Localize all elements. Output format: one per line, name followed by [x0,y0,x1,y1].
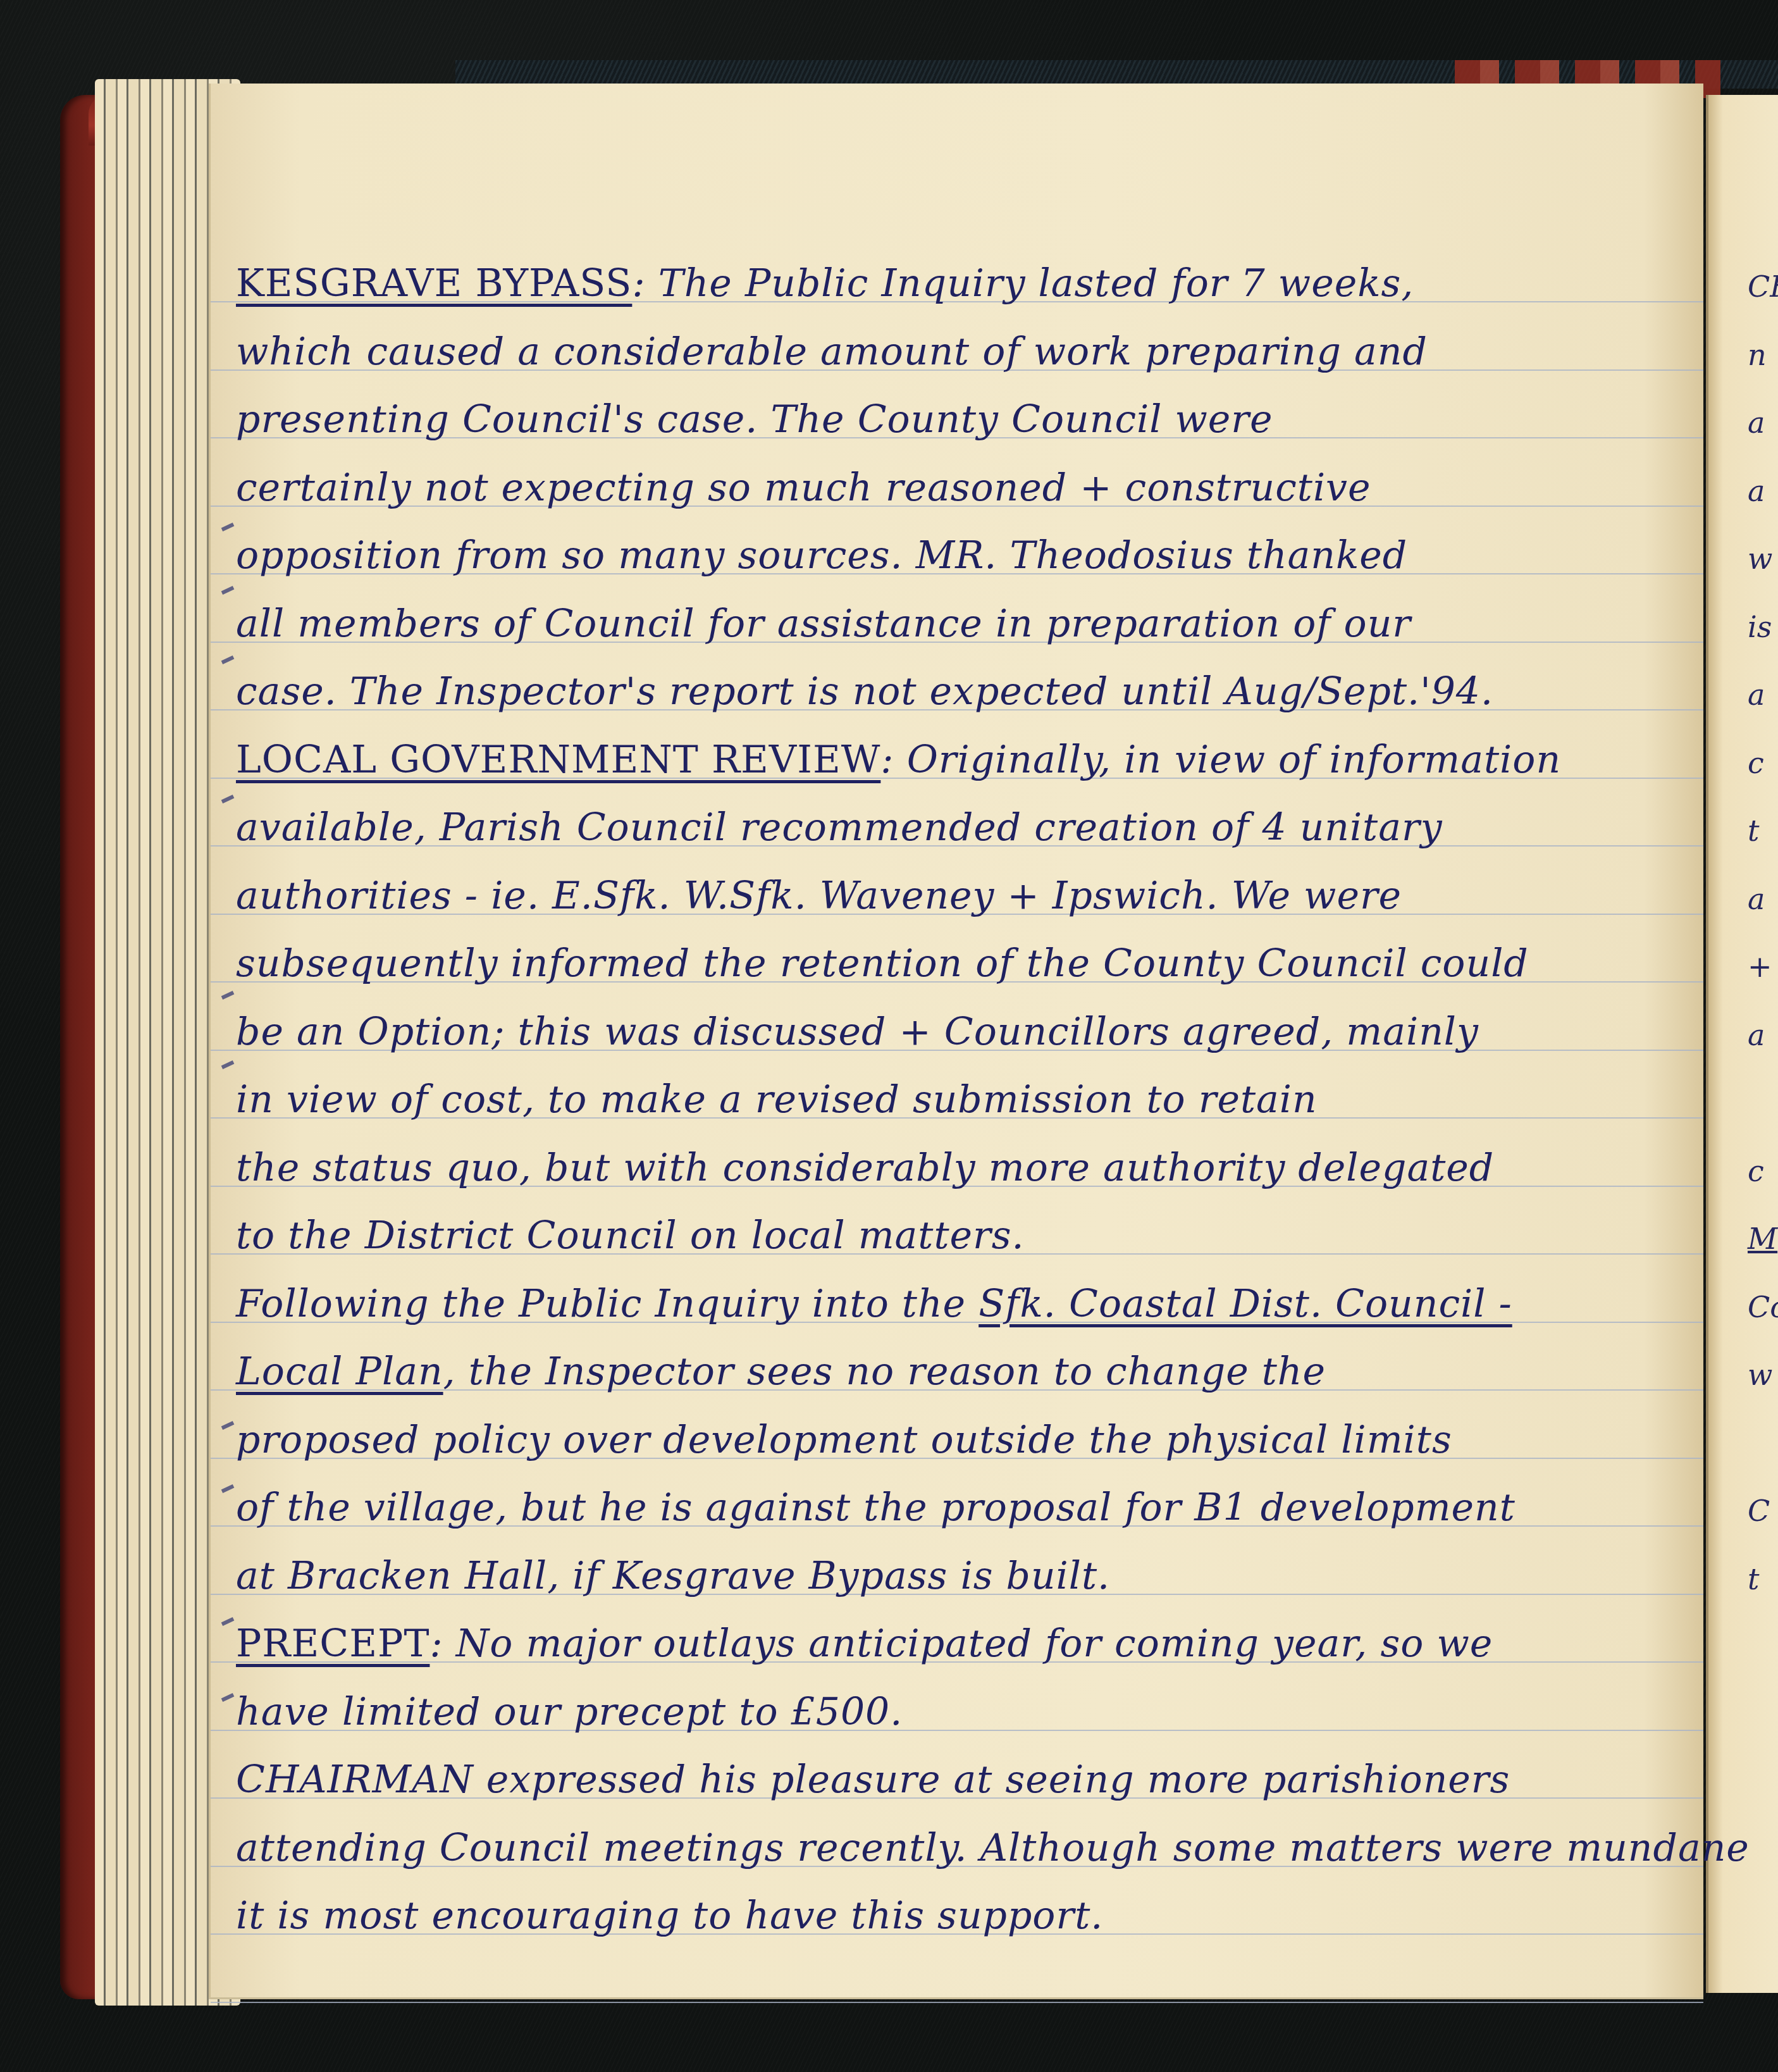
facing-page-text-fragment: M [1748,1222,1777,1256]
facing-page-text-fragment: is [1748,610,1772,644]
line-text: attending Council meetings recently. Alt… [236,1826,1750,1870]
line-text: authorities - ie. E.Sfk. W.Sfk. Waveney … [236,874,1402,918]
facing-page-text-fragment: a [1748,474,1765,508]
line-text: : The Public Inquiry lasted for 7 weeks, [632,261,1414,306]
handwritten-line: PRECEPT: No major outlays anticipated fo… [236,1625,1678,1663]
line-text: of the village, but he is against the pr… [236,1486,1516,1530]
facing-page-text-fragment: w [1748,1358,1772,1392]
handwritten-line: attending Council meetings recently. Alt… [236,1829,1678,1867]
handwritten-line: proposed policy over development outside… [236,1421,1678,1459]
handwritten-line: authorities - ie. E.Sfk. W.Sfk. Waveney … [236,877,1678,915]
facing-page-edge: CHnaawisacta+acMCowCt [1706,95,1778,1993]
facing-page-text-fragment: a [1748,406,1765,440]
line-text: Following the Public Inquiry into the [236,1282,979,1326]
underlined-phrase: Local Plan [236,1349,443,1394]
facing-page-text-fragment: c [1748,746,1764,780]
facing-page-text-fragment: a [1748,882,1765,916]
line-text: which caused a considerable amount of wo… [236,330,1428,374]
section-heading: KESGRAVE BYPASS [236,261,632,306]
facing-page-text-fragment: + [1748,950,1772,984]
line-text: to the District Council on local matters… [236,1213,1025,1258]
line-text: proposed policy over development outside… [236,1418,1452,1462]
line-text: : Originally, in view of information [880,738,1561,782]
line-text: case. The Inspector's report is not expe… [236,669,1493,714]
line-text: all members of Council for assistance in… [236,602,1411,646]
handwritten-line: be an Option; this was discussed + Counc… [236,1013,1678,1051]
facing-page-text-fragment: t [1748,1562,1760,1596]
facing-page-text-fragment: Co [1748,1290,1778,1324]
handwritten-line: have limited our precept to £500. [236,1693,1678,1731]
handwritten-line: at Bracken Hall, if Kesgrave Bypass is b… [236,1557,1678,1595]
line-text: subsequently informed the retention of t… [236,941,1529,986]
facing-page-text-fragment: CH [1748,270,1778,304]
handwritten-line: subsequently informed the retention of t… [236,945,1678,983]
handwritten-line: in view of cost, to make a revised submi… [236,1081,1678,1119]
handwritten-line: certainly not expecting so much reasoned… [236,469,1678,507]
minutes-page: KESGRAVE BYPASS: The Public Inquiry last… [209,84,1703,1997]
handwritten-line: Local Plan, the Inspector sees no reason… [236,1353,1678,1391]
handwritten-line: the status quo, but with considerably mo… [236,1149,1678,1187]
line-text: : No major outlays anticipated for comin… [429,1622,1493,1666]
line-text: CHAIRMAN expressed his pleasure at seein… [236,1758,1510,1802]
handwritten-line: all members of Council for assistance in… [236,605,1678,643]
handwritten-line: opposition from so many sources. MR. The… [236,537,1678,574]
facing-page-text-fragment: n [1748,338,1767,372]
line-text: certainly not expecting so much reasoned… [236,466,1371,510]
line-text: in view of cost, to make a revised submi… [236,1077,1318,1122]
handwritten-line: KESGRAVE BYPASS: The Public Inquiry last… [236,264,1678,302]
line-text: presenting Council's case. The County Co… [236,397,1273,442]
handwritten-line: LOCAL GOVERNMENT REVIEW: Originally, in … [236,741,1678,779]
handwritten-line: case. The Inspector's report is not expe… [236,673,1678,710]
line-text: , the Inspector sees no reason to change… [443,1349,1326,1394]
line-text: opposition from so many sources. MR. The… [236,533,1407,578]
line-text: be an Option; this was discussed + Counc… [236,1010,1479,1054]
facing-page-text-fragment: C [1748,1494,1770,1528]
line-text: it is most encouraging to have this supp… [236,1894,1103,1938]
handwritten-line: which caused a considerable amount of wo… [236,333,1678,371]
handwritten-line: presenting Council's case. The County Co… [236,400,1678,438]
facing-page-text-fragment: t [1748,814,1760,848]
facing-page-text-fragment: a [1748,1018,1765,1052]
line-text: the status quo, but with considerably mo… [236,1146,1494,1190]
ruled-line [211,2002,1703,2003]
handwritten-line: to the District Council on local matters… [236,1217,1678,1255]
facing-page-text-fragment: w [1748,542,1772,576]
handwritten-line: available, Parish Council recommended cr… [236,809,1678,847]
handwritten-line: of the village, but he is against the pr… [236,1489,1678,1527]
handwritten-line: it is most encouraging to have this supp… [236,1897,1678,1935]
line-text: have limited our precept to £500. [236,1690,903,1734]
section-heading: LOCAL GOVERNMENT REVIEW [236,738,880,782]
underlined-phrase: Sfk. Coastal Dist. Council - [979,1282,1512,1326]
line-text: at Bracken Hall, if Kesgrave Bypass is b… [236,1554,1110,1598]
handwritten-line: Following the Public Inquiry into the Sf… [236,1285,1678,1323]
facing-page-text-fragment: a [1748,678,1765,712]
handwritten-line: CHAIRMAN expressed his pleasure at seein… [236,1761,1678,1799]
line-text: available, Parish Council recommended cr… [236,805,1443,850]
section-heading: PRECEPT [236,1622,429,1666]
facing-page-text-fragment: c [1748,1154,1764,1188]
